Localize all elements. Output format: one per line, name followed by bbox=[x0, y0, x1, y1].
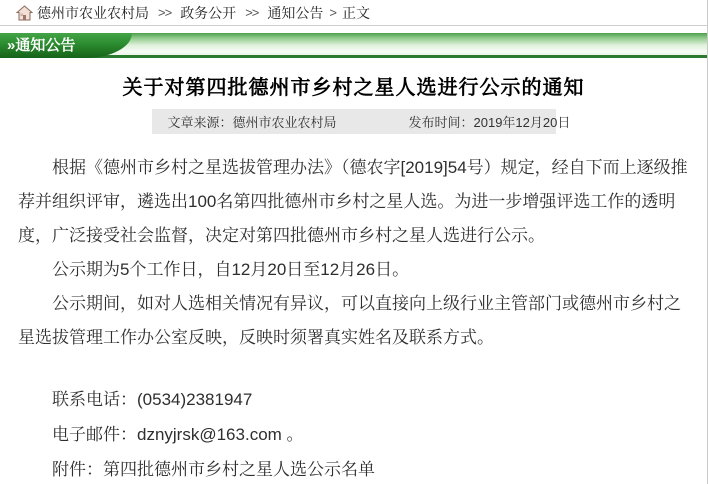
article-publish-date: 发布时间：2019年12月20日 bbox=[409, 112, 571, 131]
page: 德州市农业农村局 >> 政务公开 >> 通知公告 > 正文 »通知公告 关于对第… bbox=[0, 0, 708, 484]
home-icon[interactable] bbox=[16, 5, 33, 21]
article-body: 根据《德州市乡村之星选拔管理办法》（德农字[2019]54号）规定，经自下而上逐… bbox=[18, 151, 689, 355]
contact-email: 电子邮件：dznyjrsk@163.com 。 bbox=[18, 417, 689, 452]
article-meta-bar: 文章来源：德州市农业农村局 发布时间：2019年12月20日 bbox=[152, 109, 556, 134]
attachment-link[interactable]: 附件：第四批德州市乡村之星人选公示名单 bbox=[18, 452, 689, 484]
paragraph-objection: 公示期间，如对人选相关情况有异议，可以直接向上级行业主管部门或德州市乡村之星选拔… bbox=[18, 287, 689, 355]
breadcrumb-item-zhengwugongkai[interactable]: 政务公开 bbox=[180, 3, 236, 23]
section-banner: »通知公告 bbox=[0, 33, 707, 58]
breadcrumb-item-tongzhigonggao[interactable]: 通知公告 bbox=[267, 3, 323, 23]
breadcrumb-item-site[interactable]: 德州市农业农村局 bbox=[37, 3, 149, 23]
article-source: 文章来源：德州市农业农村局 bbox=[168, 112, 337, 131]
breadcrumb-separator: > bbox=[329, 5, 336, 20]
article: 关于对第四批德州市乡村之星人选进行公示的通知 文章来源：德州市农业农村局 发布时… bbox=[0, 71, 707, 484]
paragraph-period: 公示期为5个工作日，自12月20日至12月26日。 bbox=[18, 253, 689, 287]
contact-block: 联系电话：(0534)2381947 电子邮件：dznyjrsk@163.com… bbox=[18, 382, 689, 484]
breadcrumb: 德州市农业农村局 >> 政务公开 >> 通知公告 > 正文 bbox=[0, 0, 707, 26]
paragraph-basis: 根据《德州市乡村之星选拔管理办法》（德农字[2019]54号）规定，经自下而上逐… bbox=[18, 151, 689, 253]
page-title: 关于对第四批德州市乡村之星人选进行公示的通知 bbox=[20, 71, 687, 100]
breadcrumb-separator: >> bbox=[158, 5, 171, 20]
contact-phone: 联系电话：(0534)2381947 bbox=[18, 382, 689, 417]
breadcrumb-separator: >> bbox=[245, 5, 258, 20]
breadcrumb-item-current: 正文 bbox=[342, 3, 370, 23]
section-tab-notice: »通知公告 bbox=[0, 33, 132, 58]
